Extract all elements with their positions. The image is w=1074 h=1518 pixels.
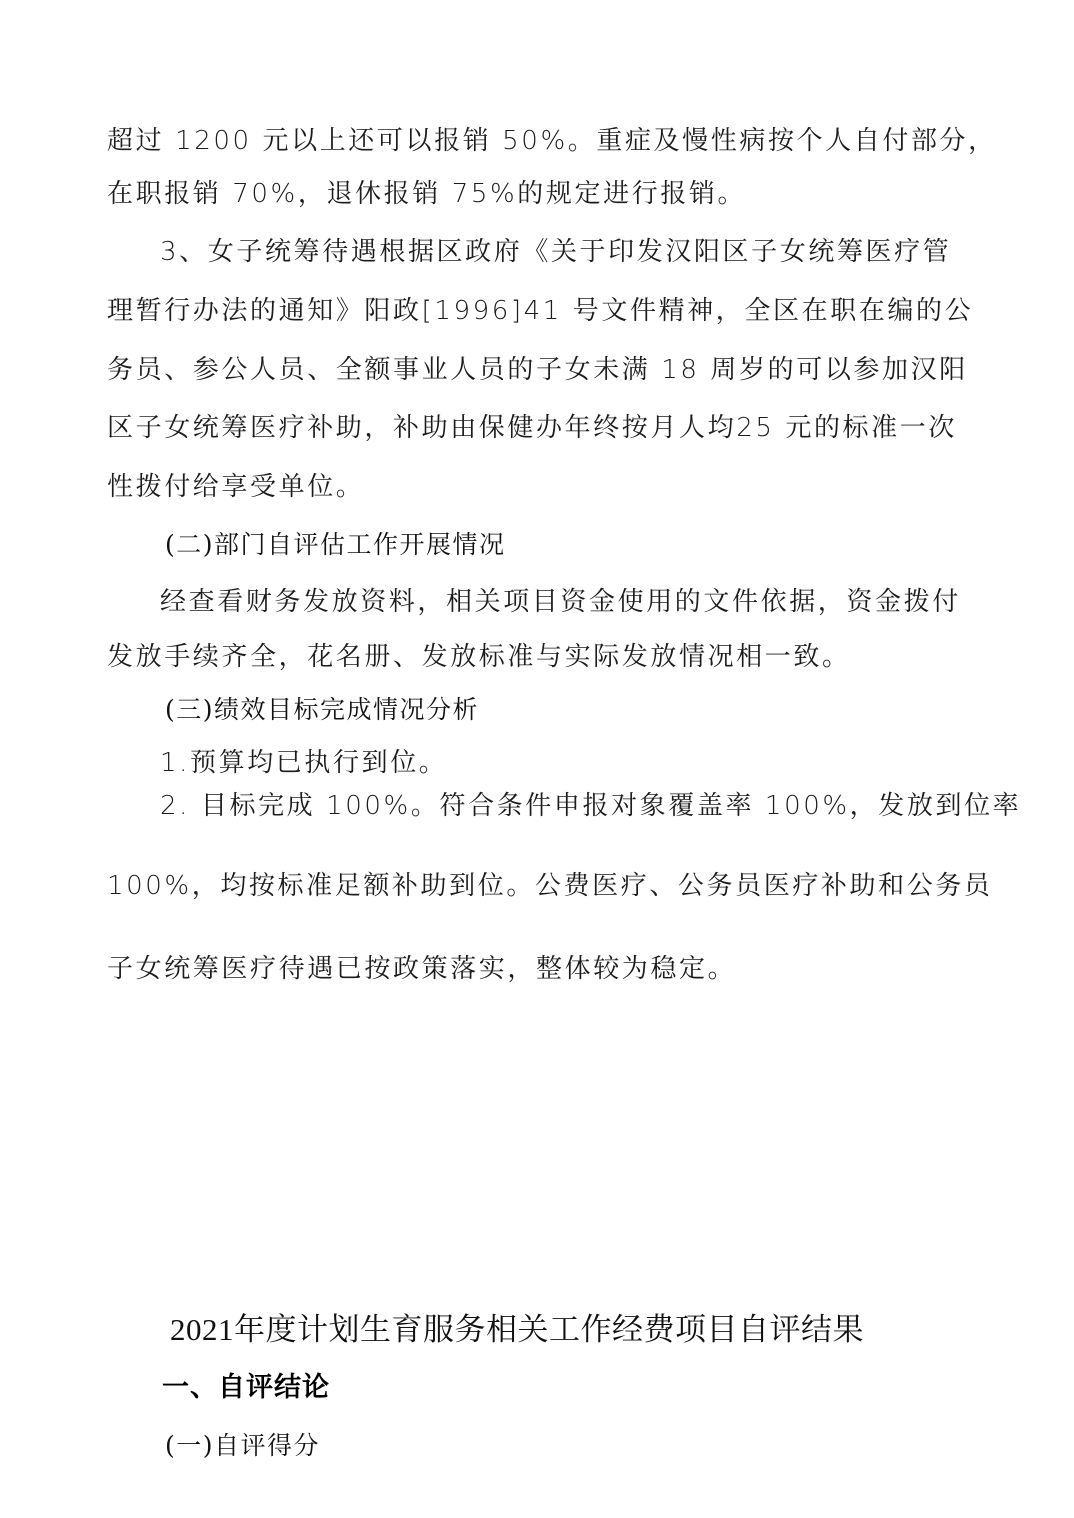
subsection-heading: (二)部门自评估工作开展情况 bbox=[165, 529, 506, 561]
paragraph-line: 子女统筹医疗待遇已按政策落实，整体较为稳定。 bbox=[107, 953, 736, 985]
paragraph-line: 区子女统筹医疗补助，补助由保健办年终按月人均25 元的标准一次 bbox=[107, 412, 957, 444]
subsection-heading: (三)绩效目标完成情况分析 bbox=[165, 694, 479, 726]
subsection-heading: (一)自评得分 bbox=[165, 1430, 320, 1462]
paragraph-line: 2. 目标完成 100%。符合条件申报对象覆盖率 100%，发放到位率 bbox=[160, 790, 1021, 822]
paragraph-line: 理暂行办法的通知》阳政[1996]41 号文件精神，全区在职在编的公 bbox=[107, 295, 973, 327]
paragraph-line: 100%，均按标准足额补助到位。公费医疗、公务员医疗补助和公务员 bbox=[107, 870, 993, 902]
document-page: 超过 1200 元以上还可以报销 50%。重症及慢性病按个人自付部分， 在职报销… bbox=[0, 0, 1074, 1518]
document-title: 2021年度计划生育服务相关工作经费项目自评结果 bbox=[170, 1310, 864, 1350]
paragraph-line: 1.预算均已执行到位。 bbox=[160, 747, 447, 779]
paragraph-line: 经查看财务发放资料，相关项目资金使用的文件依据，资金拨付 bbox=[160, 586, 961, 618]
section-heading: 一、自评结论 bbox=[162, 1370, 330, 1406]
paragraph-line: 发放手续齐全，花名册、发放标准与实际发放情况相一致。 bbox=[107, 641, 851, 673]
paragraph-line: 在职报销 70%，退休报销 75%的规定进行报销。 bbox=[107, 178, 746, 210]
paragraph-line: 务员、参公人员、全额事业人员的子女未满 18 周岁的可以参加汉阳 bbox=[107, 354, 968, 386]
paragraph-line: 3、女子统筹待遇根据区政府《关于印发汉阳区子女统筹医疗管 bbox=[160, 236, 951, 268]
paragraph-line: 性拨付给享受单位。 bbox=[107, 471, 364, 503]
paragraph-line: 超过 1200 元以上还可以报销 50%。重症及慢性病按个人自付部分， bbox=[107, 125, 997, 157]
